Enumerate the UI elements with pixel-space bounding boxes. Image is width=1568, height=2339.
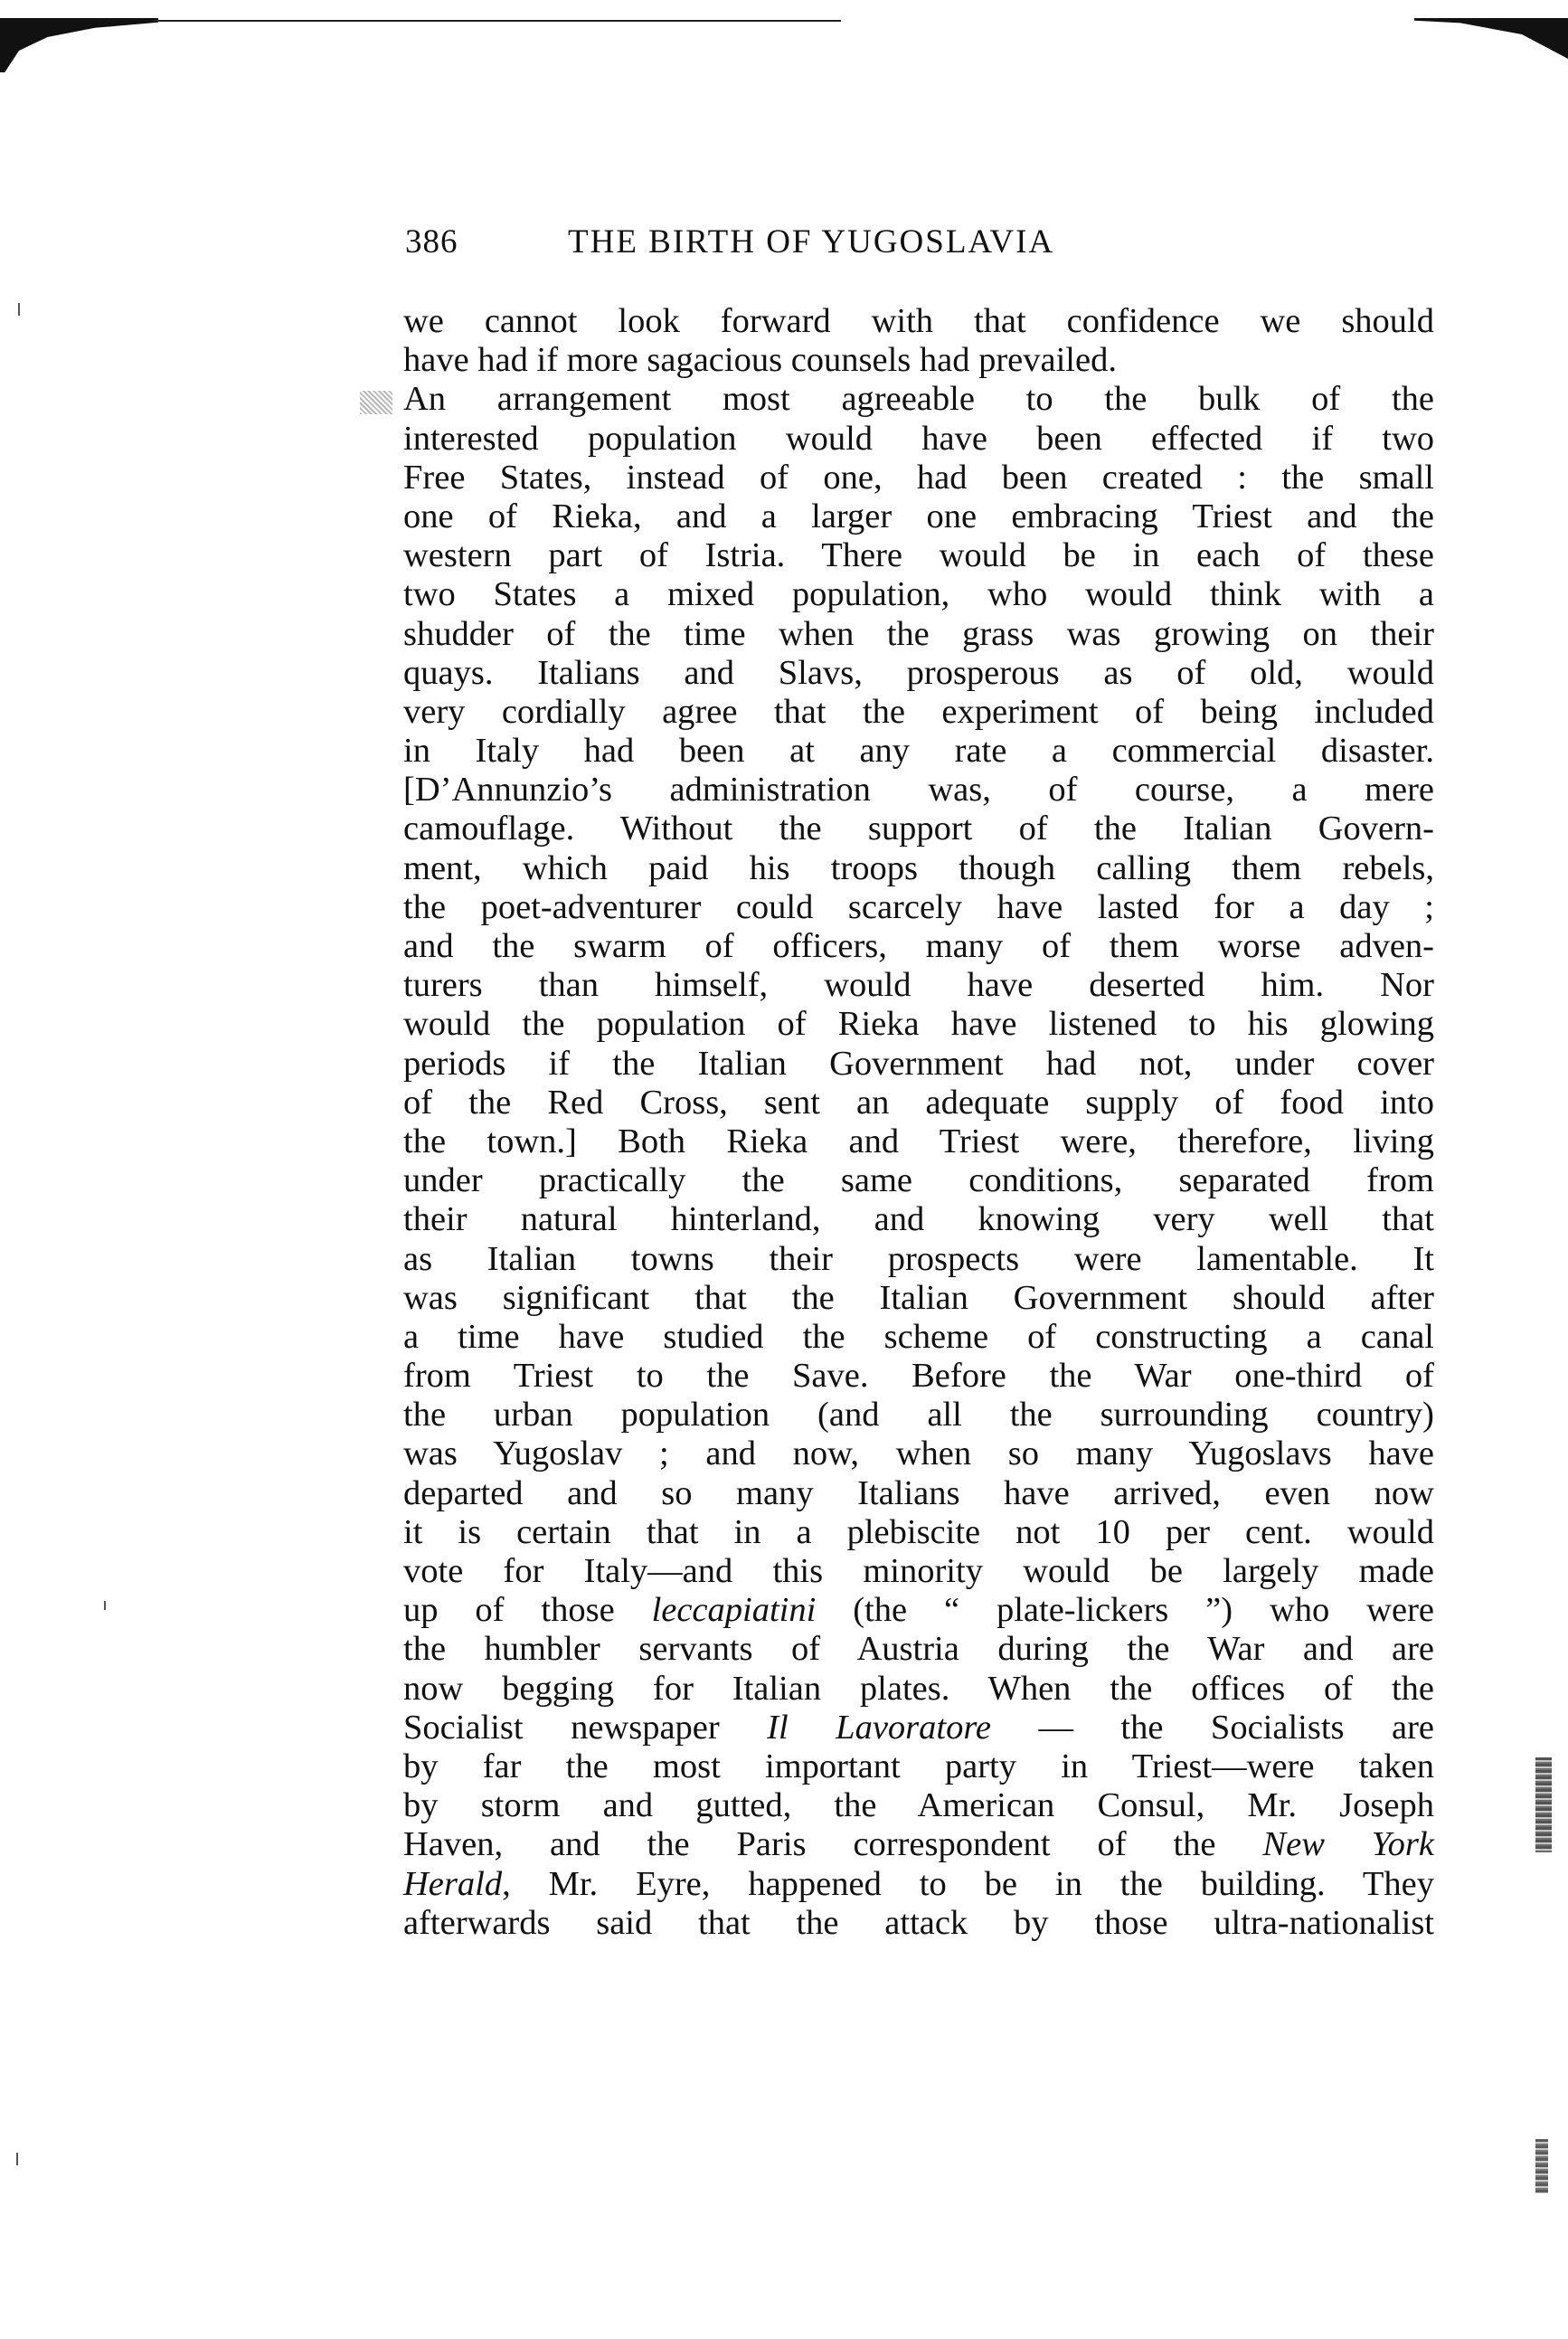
text-line: have had if more sagacious counsels had … [403, 341, 1434, 380]
text-line: by storm and gutted, the American Consul… [403, 1786, 1434, 1825]
newspaper-title: Herald [403, 1865, 502, 1903]
text-line: periods if the Italian Government had no… [403, 1045, 1434, 1084]
scan-edge-shadow-left [0, 18, 158, 72]
text-line: by far the most important party in Tries… [403, 1747, 1434, 1786]
text-line: An arrangement most agreeable to the bul… [403, 380, 1434, 419]
text-line: under practically the same conditions, s… [403, 1161, 1434, 1200]
text-run: up of those [403, 1591, 652, 1629]
text-line: Herald, Mr. Eyre, happened to be in the … [403, 1865, 1434, 1904]
book-title: THE BIRTH OF YUGOSLAVIA [568, 223, 1054, 261]
text-line: and the swarm of officers, many of them … [403, 927, 1434, 966]
paragraph-start: An arrangement most agreeable to the bul… [403, 380, 1434, 418]
scan-artifact [1535, 1757, 1552, 1852]
text-line: was Yugoslav ; and now, when so many Yug… [403, 1435, 1434, 1473]
text-line: interested population would have been ef… [403, 420, 1434, 459]
text-line: would the population of Rieka have liste… [403, 1005, 1434, 1044]
newspaper-title: New York [1262, 1825, 1434, 1863]
text-line: a time have studied the scheme of constr… [403, 1318, 1434, 1357]
text-line: one of Rieka, and a larger one embracing… [403, 497, 1434, 536]
newspaper-title: Il Lavoratore [767, 1709, 991, 1747]
page-number: 386 [405, 223, 458, 261]
text-line: in Italy had been at any rate a commerci… [403, 732, 1434, 771]
text-line: from Triest to the Save. Before the War … [403, 1357, 1434, 1396]
scan-artifact [104, 1601, 106, 1610]
text-line: [D’Annunzio’s administration was, of cou… [403, 771, 1434, 810]
text-line: we cannot look forward with that confide… [403, 302, 1434, 341]
running-header: 386 THE BIRTH OF YUGOSLAVIA [405, 223, 1445, 268]
text-line: western part of Istria. There would be i… [403, 536, 1434, 575]
scan-blot [360, 391, 392, 414]
scan-artifact [1535, 2139, 1548, 2193]
text-line: up of those leccapiatini (the “ plate-li… [403, 1591, 1434, 1630]
text-line: vote for Italy—and this minority would b… [403, 1552, 1434, 1591]
book-page: 386 THE BIRTH OF YUGOSLAVIA we cannot lo… [0, 0, 1568, 2339]
text-line: the humbler servants of Austria during t… [403, 1630, 1434, 1669]
text-line: camouflage. Without the support of the I… [403, 810, 1434, 848]
scan-artifact [16, 2153, 18, 2165]
scan-edge-line [154, 20, 841, 22]
text-line: the urban population (and all the surrou… [403, 1396, 1434, 1435]
text-line: afterwards said that the attack by those… [403, 1904, 1434, 1943]
text-line: the poet-adventurer could scarcely have … [403, 888, 1434, 927]
text-line: Socialist newspaper Il Lavoratore — the … [403, 1709, 1434, 1747]
text-line: Free States, instead of one, had been cr… [403, 459, 1434, 497]
text-line: as Italian towns their prospects were la… [403, 1240, 1434, 1279]
text-run: (the “ plate-lickers ”) who were [816, 1591, 1434, 1629]
text-line: ment, which paid his troops though calli… [403, 849, 1434, 888]
text-line: Haven, and the Paris correspondent of th… [403, 1825, 1434, 1864]
text-run: , Mr. Eyre, happened to be in the buildi… [502, 1865, 1434, 1903]
text-line: departed and so many Italians have arriv… [403, 1474, 1434, 1513]
text-line: very cordially agree that the experiment… [403, 693, 1434, 732]
text-run: — the Socialists are [991, 1709, 1434, 1747]
text-run: Socialist newspaper [403, 1709, 767, 1747]
text-line: now begging for Italian plates. When the… [403, 1670, 1434, 1709]
text-line: of the Red Cross, sent an adequate suppl… [403, 1084, 1434, 1122]
scan-artifact [18, 303, 20, 316]
body-text: we cannot look forward with that confide… [403, 302, 1434, 1943]
text-line: the town.] Both Rieka and Triest were, t… [403, 1122, 1434, 1161]
text-line: was significant that the Italian Governm… [403, 1279, 1434, 1318]
scan-edge-shadow-right [1414, 18, 1568, 59]
text-line: two States a mixed population, who would… [403, 575, 1434, 614]
text-line: shudder of the time when the grass was g… [403, 615, 1434, 654]
text-run: Haven, and the Paris correspondent of th… [403, 1825, 1262, 1863]
text-line: turers than himself, would have deserted… [403, 966, 1434, 1005]
italic-term: leccapiatini [652, 1591, 817, 1629]
text-line: it is certain that in a plebiscite not 1… [403, 1513, 1434, 1552]
text-line: their natural hinterland, and knowing ve… [403, 1200, 1434, 1239]
text-line: quays. Italians and Slavs, prosperous as… [403, 654, 1434, 693]
